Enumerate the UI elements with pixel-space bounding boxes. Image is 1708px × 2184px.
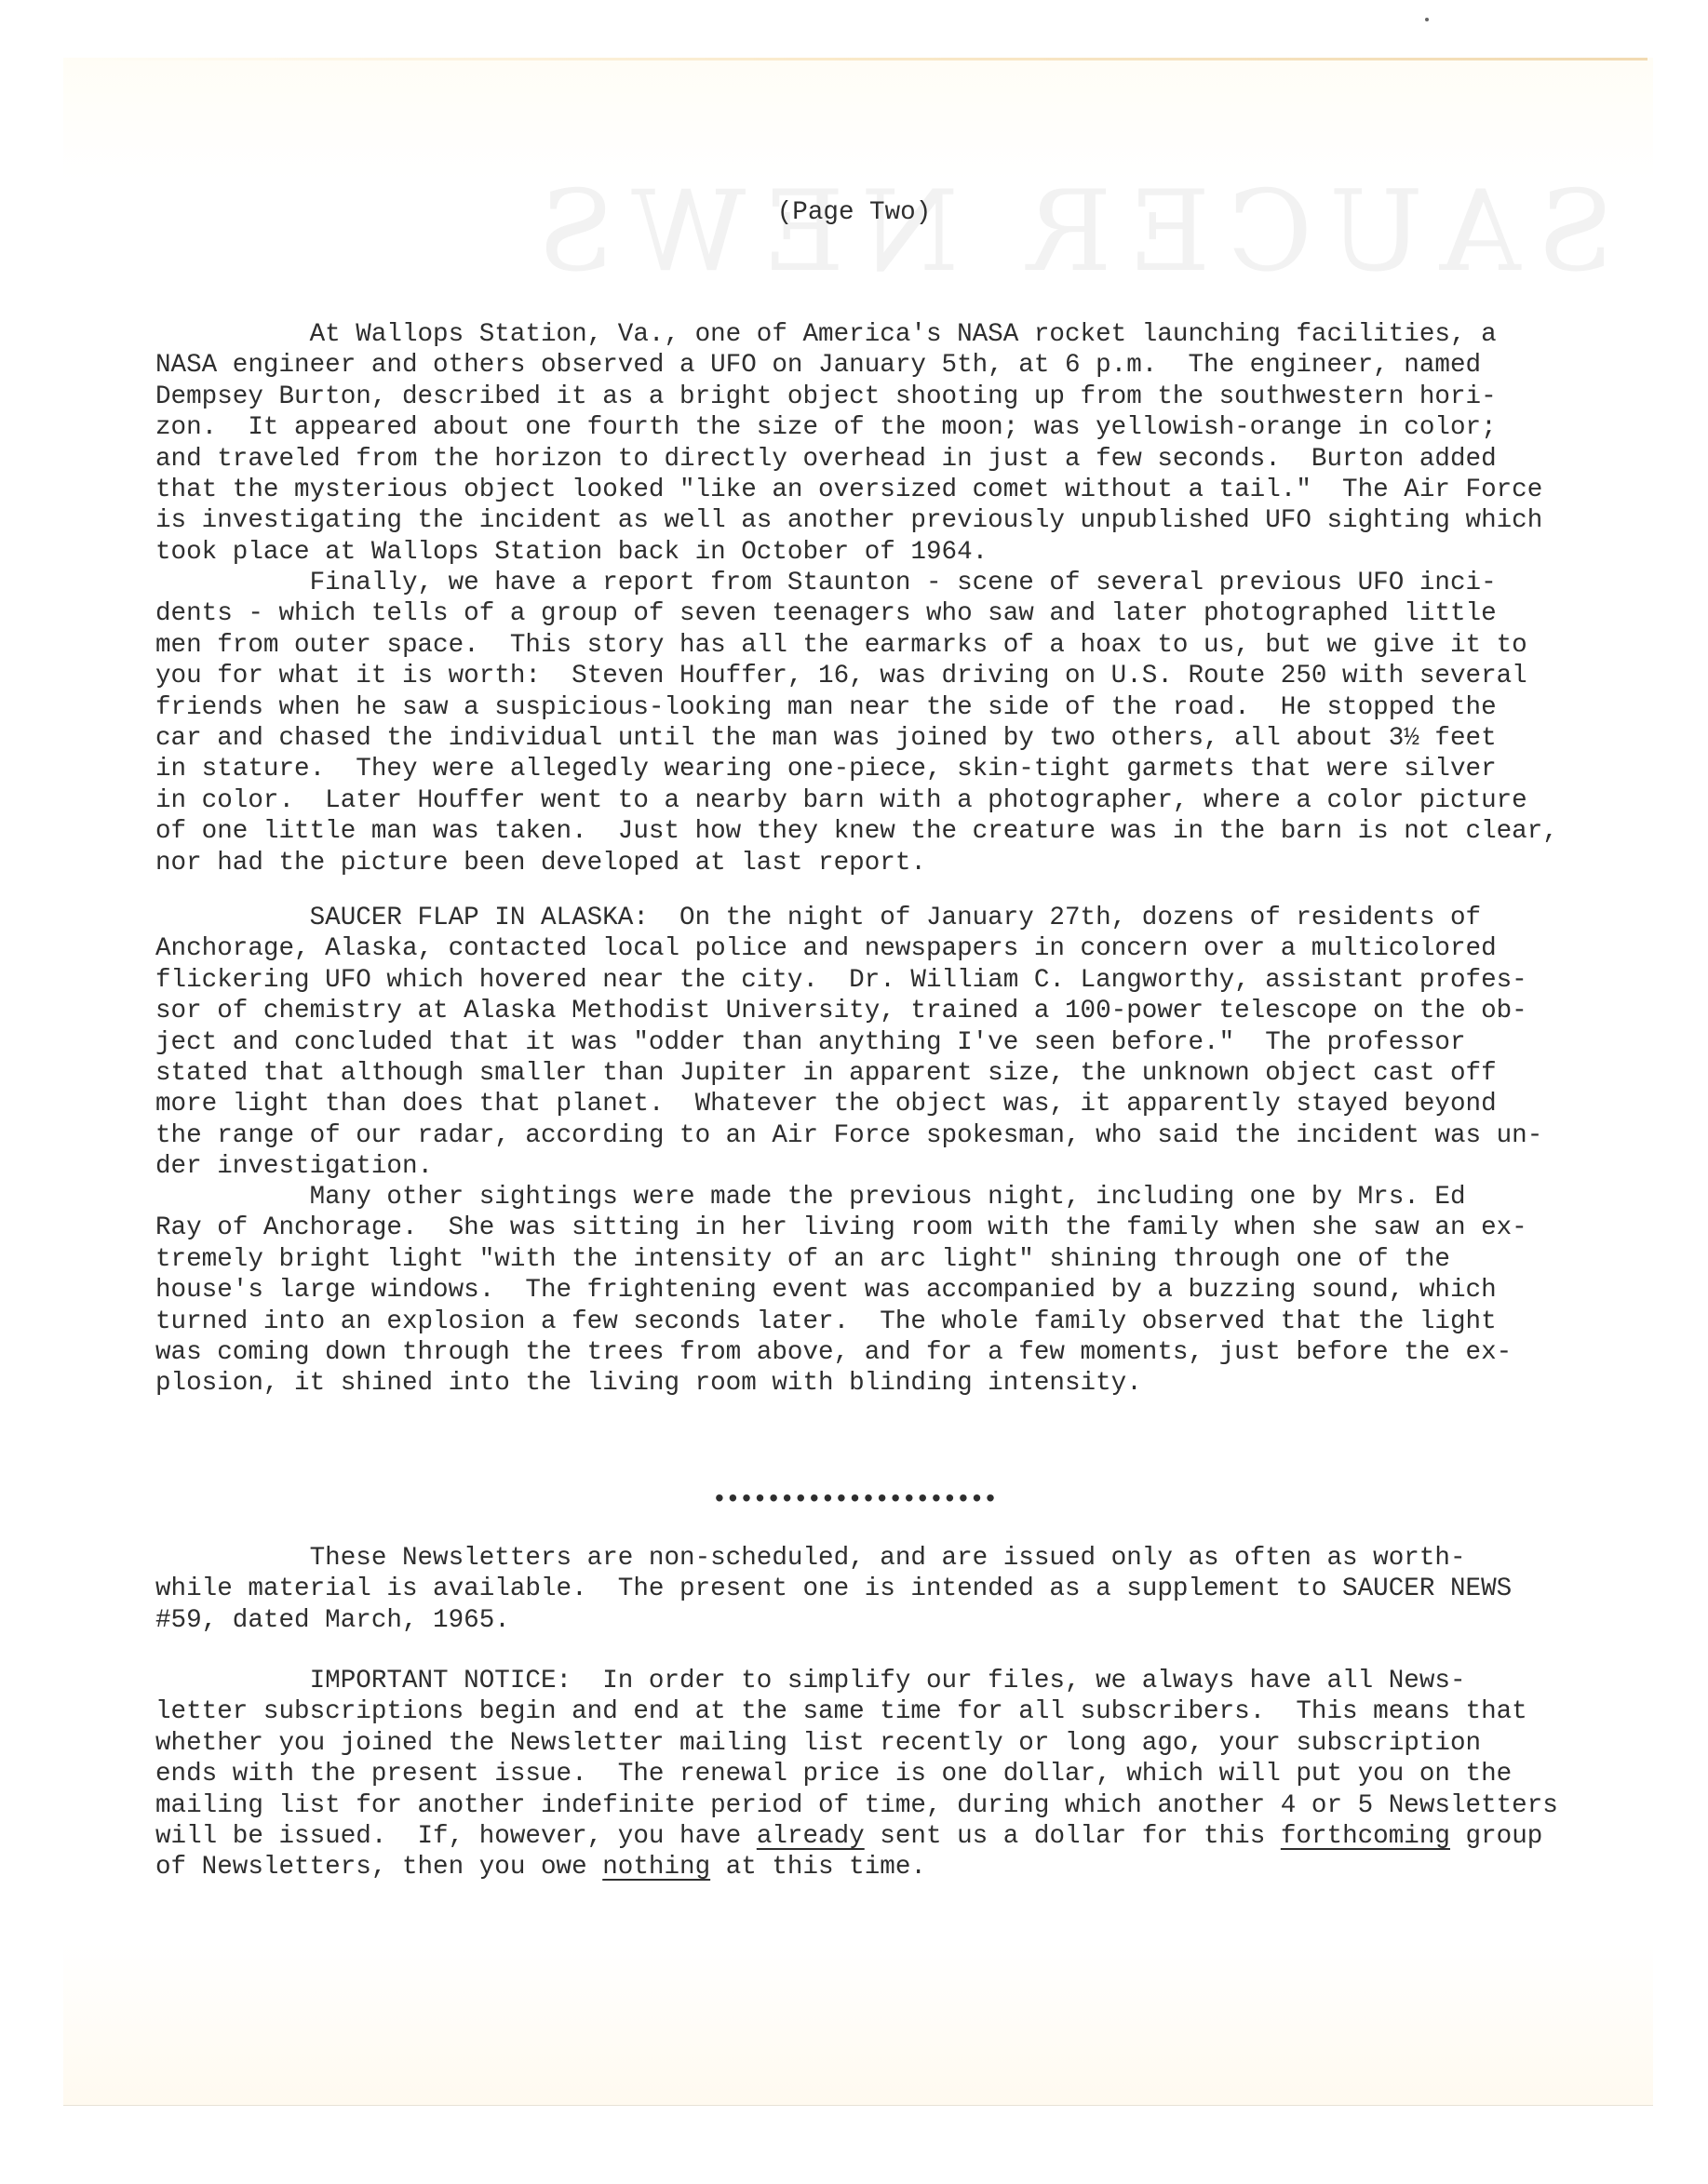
underlined-already: already [757, 1822, 865, 1851]
text-line: in color. Later Houffer went to a nearby… [155, 785, 1527, 816]
text-line: These Newsletters are non-scheduled, and… [155, 1543, 1466, 1574]
text-line: more light than does that planet. Whatev… [155, 1089, 1497, 1119]
text-line: men from outer space. This story has all… [155, 630, 1527, 661]
text-line: dents - which tells of a group of seven … [155, 598, 1497, 629]
text-line: friends when he saw a suspicious-looking… [155, 692, 1497, 723]
text-line: the range of our radar, according to an … [155, 1120, 1542, 1151]
text-line: in stature. They were allegedly wearing … [155, 754, 1497, 784]
text-line: SAUCER FLAP IN ALASKA: On the night of J… [155, 903, 1481, 933]
ink-speck [1425, 18, 1429, 21]
underlined-nothing: nothing [602, 1853, 710, 1882]
text-line: of one little man was taken. Just how th… [155, 816, 1558, 847]
underlined-forthcoming: forthcoming [1281, 1822, 1450, 1851]
text-line: plosion, it shined into the living room … [155, 1368, 1142, 1399]
text-line: stated that although smaller than Jupite… [155, 1058, 1497, 1089]
page-label: (Page Two) [0, 198, 1708, 227]
paper-edge-stain [56, 58, 1647, 60]
text-line: and traveled from the horizon to directl… [155, 444, 1497, 475]
text-line: whether you joined the Newsletter mailin… [155, 1728, 1481, 1759]
text-line: took place at Wallops Station back in Oc… [155, 537, 988, 568]
text-line: zon. It appeared about one fourth the si… [155, 412, 1497, 443]
text-line: nor had the picture been developed at la… [155, 848, 926, 878]
text-line: was coming down through the trees from a… [155, 1337, 1512, 1368]
text-line: #59, dated March, 1965. [155, 1605, 510, 1636]
text-line: mailing list for another indefinite peri… [155, 1790, 1558, 1821]
text-line: car and chased the individual until the … [155, 723, 1497, 754]
text-line: ends with the present issue. The renewal… [155, 1759, 1512, 1789]
text-line: Many other sightings were made the previ… [155, 1182, 1466, 1213]
text-line: tremely bright light "with the intensity… [155, 1244, 1450, 1275]
text-line: that the mysterious object looked "like … [155, 475, 1542, 505]
text-line: you for what it is worth: Steven Houffer… [155, 661, 1527, 691]
notice-line-6: will be issued. If, however, you have al… [155, 1821, 1542, 1852]
text-line: NASA engineer and others observed a UFO … [155, 350, 1481, 381]
text-line: der investigation. [155, 1151, 433, 1182]
text-line: Ray of Anchorage. She was sitting in her… [155, 1213, 1527, 1243]
text-line: house's large windows. The frightening e… [155, 1275, 1497, 1306]
text-line: IMPORTANT NOTICE: In order to simplify o… [155, 1666, 1466, 1696]
text-line: At Wallops Station, Va., one of America'… [155, 319, 1497, 350]
text-line: while material is available. The present… [155, 1574, 1512, 1604]
text-line: Dempsey Burton, described it as a bright… [155, 382, 1497, 412]
text-line: letter subscriptions begin and end at th… [155, 1696, 1527, 1727]
section-separator: ••••••••••••••••••••• [0, 1486, 1708, 1515]
text-line: flickering UFO which hovered near the ci… [155, 965, 1527, 996]
text-line: Anchorage, Alaska, contacted local polic… [155, 933, 1497, 964]
notice-line-7: of Newsletters, then you owe nothing at … [155, 1852, 926, 1883]
text-line: is investigating the incident as well as… [155, 505, 1542, 536]
text-line: sor of chemistry at Alaska Methodist Uni… [155, 996, 1527, 1026]
text-line: ject and concluded that it was "odder th… [155, 1027, 1466, 1058]
text-line: Finally, we have a report from Staunton … [155, 568, 1497, 598]
text-line: turned into an explosion a few seconds l… [155, 1306, 1497, 1337]
